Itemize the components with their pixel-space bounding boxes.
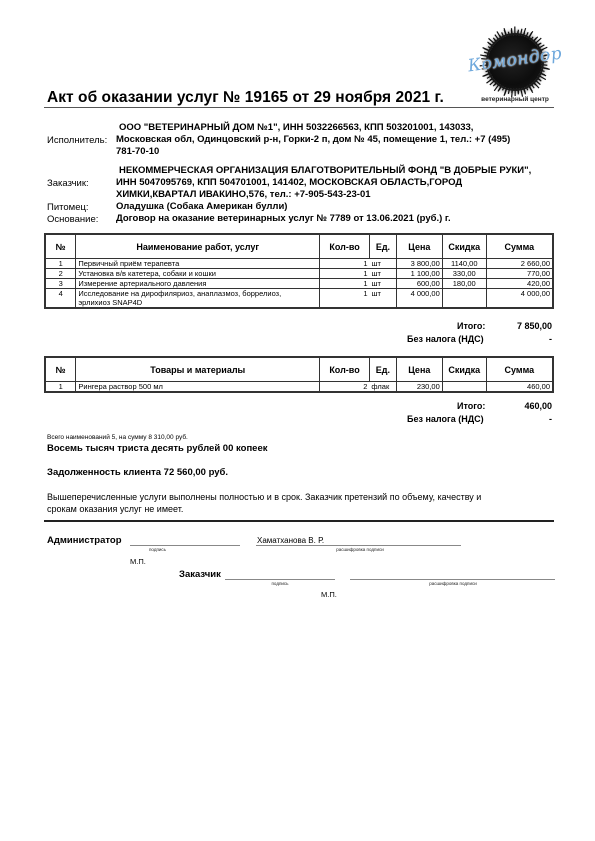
row-qty: 1 bbox=[320, 289, 370, 309]
customer-decode-line bbox=[350, 579, 555, 580]
pet-label: Питомец: bbox=[47, 202, 89, 213]
logo-caption: ветеринарный центр bbox=[465, 96, 565, 103]
services-tax-label: Без налога (НДС) bbox=[407, 334, 484, 344]
row-unit: флак bbox=[369, 382, 396, 393]
row-unit: шт bbox=[369, 289, 396, 309]
executor-line-3: 781-70-10 bbox=[116, 146, 159, 158]
row-sum: 770,00 bbox=[486, 269, 553, 279]
table-row: 1Первичный приём терапевта1шт3 800,00114… bbox=[45, 259, 553, 269]
executor-label: Исполнитель: bbox=[47, 135, 107, 146]
admin-decode-line bbox=[256, 545, 461, 546]
goods-tax-value: - bbox=[500, 414, 552, 424]
customer-line-1: НЕКОММЕРЧЕСКАЯ ОРГАНИЗАЦИЯ БЛАГОТВОРИТЕЛ… bbox=[119, 165, 531, 177]
admin-stamp: М.П. bbox=[130, 557, 146, 566]
col-no: № bbox=[45, 357, 76, 382]
customer-stamp: М.П. bbox=[321, 590, 337, 599]
customer-decode-caption: расшифровка подписи bbox=[393, 581, 513, 586]
services-tax-value: - bbox=[500, 334, 552, 344]
row-price: 1 100,00 bbox=[396, 269, 442, 279]
goods-table: № Товары и материалы Кол-во Ед. Цена Ски… bbox=[44, 356, 554, 393]
row-price: 3 800,00 bbox=[396, 259, 442, 269]
admin-signature-caption: подпись bbox=[130, 547, 185, 552]
goods-tax-label: Без налога (НДС) bbox=[407, 414, 484, 424]
executor-line-1: ООО "ВЕТЕРИНАРНЫЙ ДОМ №1", ИНН 503226656… bbox=[119, 122, 473, 134]
statement-line-1: Вышеперечисленные услуги выполнены полно… bbox=[47, 492, 481, 502]
admin-label: Администратор bbox=[47, 535, 122, 546]
pet-value: Оладушка (Собака Американ булли) bbox=[116, 201, 287, 213]
col-unit: Ед. bbox=[369, 234, 396, 259]
basis-label: Основание: bbox=[47, 214, 98, 225]
row-qty: 1 bbox=[320, 259, 370, 269]
row-price: 4 000,00 bbox=[396, 289, 442, 309]
table-row: 4Исследование на дирофиляриоз, анаплазмо… bbox=[45, 289, 553, 309]
services-total-value: 7 850,00 bbox=[500, 321, 552, 331]
customer-sign-label: Заказчик bbox=[179, 569, 221, 580]
row-qty: 1 bbox=[320, 279, 370, 289]
row-unit: шт bbox=[369, 269, 396, 279]
row-unit: шт bbox=[369, 259, 396, 269]
row-number: 1 bbox=[45, 259, 76, 269]
col-unit: Ед. bbox=[369, 357, 396, 382]
col-name: Товары и материалы bbox=[76, 357, 320, 382]
amount-in-words: Восемь тысяч триста десять рублей 00 коп… bbox=[47, 443, 268, 454]
row-unit: шт bbox=[369, 279, 396, 289]
row-name: Измерение артериального давления bbox=[76, 279, 320, 289]
customer-signature-caption: подпись bbox=[255, 581, 305, 586]
row-sum: 2 660,00 bbox=[486, 259, 553, 269]
document-title: Акт об оказании услуг № 19165 от 29 нояб… bbox=[47, 89, 444, 107]
row-number: 3 bbox=[45, 279, 76, 289]
col-sum: Сумма bbox=[486, 357, 553, 382]
row-number: 4 bbox=[45, 289, 76, 309]
executor-line-2: Московская обл, Одинцовский р-н, Горки-2… bbox=[116, 134, 510, 146]
customer-signature-line[interactable] bbox=[225, 579, 335, 580]
customer-line-2: ИНН 5047095769, КПП 504701001, 141402, М… bbox=[116, 177, 462, 189]
row-discount: 1140,00 bbox=[442, 259, 486, 269]
row-discount bbox=[442, 382, 486, 393]
admin-name: Хаматханова В. Р. bbox=[257, 536, 324, 545]
row-discount bbox=[442, 289, 486, 309]
services-total-label: Итого: bbox=[457, 321, 485, 331]
row-price: 230,00 bbox=[396, 382, 442, 393]
row-sum: 420,00 bbox=[486, 279, 553, 289]
row-name: Исследование на дирофиляриоз, анаплазмоз… bbox=[76, 289, 320, 309]
statement-line-2: срокам оказания услуг не имеет. bbox=[47, 504, 183, 514]
row-name-line-2: эрлихиоз SNAP4D bbox=[78, 298, 317, 307]
statement-divider bbox=[44, 520, 554, 522]
admin-signature-line[interactable] bbox=[130, 545, 240, 546]
col-qty: Кол-во bbox=[320, 234, 370, 259]
admin-decode-caption: расшифровка подписи bbox=[300, 547, 420, 552]
row-discount: 330,00 bbox=[442, 269, 486, 279]
customer-line-3: ХИМКИ,КВАРТАЛ ИВАКИНО,576, тел.: +7-905-… bbox=[116, 189, 371, 201]
goods-total-label: Итого: bbox=[457, 401, 485, 411]
client-debt: Задолженность клиента 72 560,00 руб. bbox=[47, 467, 228, 478]
goods-total-value: 460,00 bbox=[500, 401, 552, 411]
goods-header-row: № Товары и материалы Кол-во Ед. Цена Ски… bbox=[45, 357, 553, 382]
clinic-logo: Комондор ветеринарный центр bbox=[465, 12, 565, 108]
services-header-row: № Наименование работ, услуг Кол-во Ед. Ц… bbox=[45, 234, 553, 259]
row-discount: 180,00 bbox=[442, 279, 486, 289]
table-row: 1Рингера раствор 500 мл2флак230,00460,00 bbox=[45, 382, 553, 393]
col-qty: Кол-во bbox=[320, 357, 370, 382]
customer-label: Заказчик: bbox=[47, 178, 89, 189]
col-name: Наименование работ, услуг bbox=[76, 234, 320, 259]
row-name: Первичный приём терапевта bbox=[76, 259, 320, 269]
items-count-line: Всего наименований 5, на сумму 8 310,00 … bbox=[47, 434, 188, 441]
col-price: Цена bbox=[396, 234, 442, 259]
services-table: № Наименование работ, услуг Кол-во Ед. Ц… bbox=[44, 233, 554, 309]
col-price: Цена bbox=[396, 357, 442, 382]
row-sum: 4 000,00 bbox=[486, 289, 553, 309]
row-name-line-1: Исследование на дирофиляриоз, анаплазмоз… bbox=[78, 289, 317, 298]
col-discount: Скидка bbox=[442, 234, 486, 259]
row-name: Установка в/в катетера, собаки и кошки bbox=[76, 269, 320, 279]
row-number: 1 bbox=[45, 382, 76, 393]
table-row: 3Измерение артериального давления1шт600,… bbox=[45, 279, 553, 289]
row-price: 600,00 bbox=[396, 279, 442, 289]
row-qty: 2 bbox=[320, 382, 370, 393]
col-no: № bbox=[45, 234, 76, 259]
row-sum: 460,00 bbox=[486, 382, 553, 393]
row-name: Рингера раствор 500 мл bbox=[76, 382, 320, 393]
title-divider bbox=[44, 107, 554, 108]
row-qty: 1 bbox=[320, 269, 370, 279]
table-row: 2Установка в/в катетера, собаки и кошки1… bbox=[45, 269, 553, 279]
col-sum: Сумма bbox=[486, 234, 553, 259]
col-discount: Скидка bbox=[442, 357, 486, 382]
basis-value: Договор на оказание ветеринарных услуг №… bbox=[116, 213, 451, 225]
row-number: 2 bbox=[45, 269, 76, 279]
